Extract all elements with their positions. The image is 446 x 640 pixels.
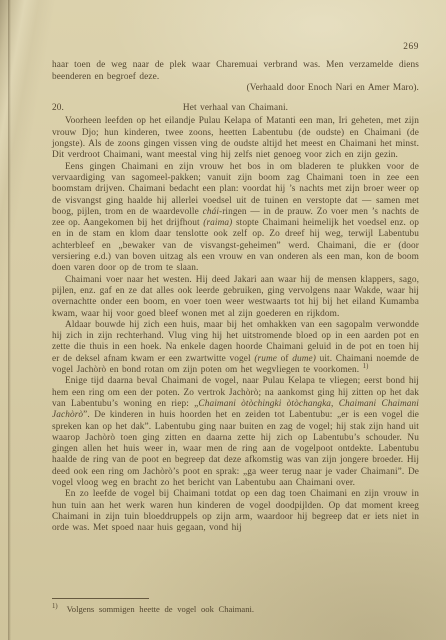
paragraph: Voorheen leefden op het eilandje Pulau K… (52, 116, 419, 161)
footnote-marker: 1) (52, 603, 58, 610)
paragraph: En zo leefde de vogel bij Chaimani totda… (52, 489, 419, 534)
paragraph: Eens gingen Chaimani en zijn vrouw het b… (52, 162, 419, 275)
story-title: Het verhaal van Chaimani. (183, 103, 288, 113)
paragraph: Enige tijd daarna beval Chaimani de voge… (52, 376, 419, 489)
story-paragraphs: Voorheen leefden op het eilandje Pulau K… (52, 116, 419, 534)
footnote: 1)Volgens sommigen heette de vogel ook C… (52, 604, 419, 615)
story-header: 20. Het verhaal van Chaimani. (52, 103, 419, 114)
book-page: 269 haar toen de weg naar de plek waar C… (0, 0, 446, 640)
page-content: 269 haar toen de weg naar de plek waar C… (52, 42, 419, 534)
story-number: 20. (52, 103, 64, 114)
footnote-block: 1)Volgens sommigen heette de vogel ook C… (52, 598, 419, 615)
page-number: 269 (52, 42, 419, 53)
footnote-rule (52, 598, 149, 599)
attribution-line: (Verhaald door Enoch Nari en Amer Maro). (52, 83, 419, 94)
paragraph: Aldaar bouwde hij zich een huis, maar bi… (52, 320, 419, 376)
footnote-text: Volgens sommigen heette de vogel ook Cha… (67, 604, 254, 614)
continuation-paragraph: haar toen de weg naar de plek waar Chare… (52, 60, 419, 83)
paragraph: Chaimani voer naar het westen. Hij deed … (52, 275, 419, 320)
page-crease (8, 0, 11, 640)
